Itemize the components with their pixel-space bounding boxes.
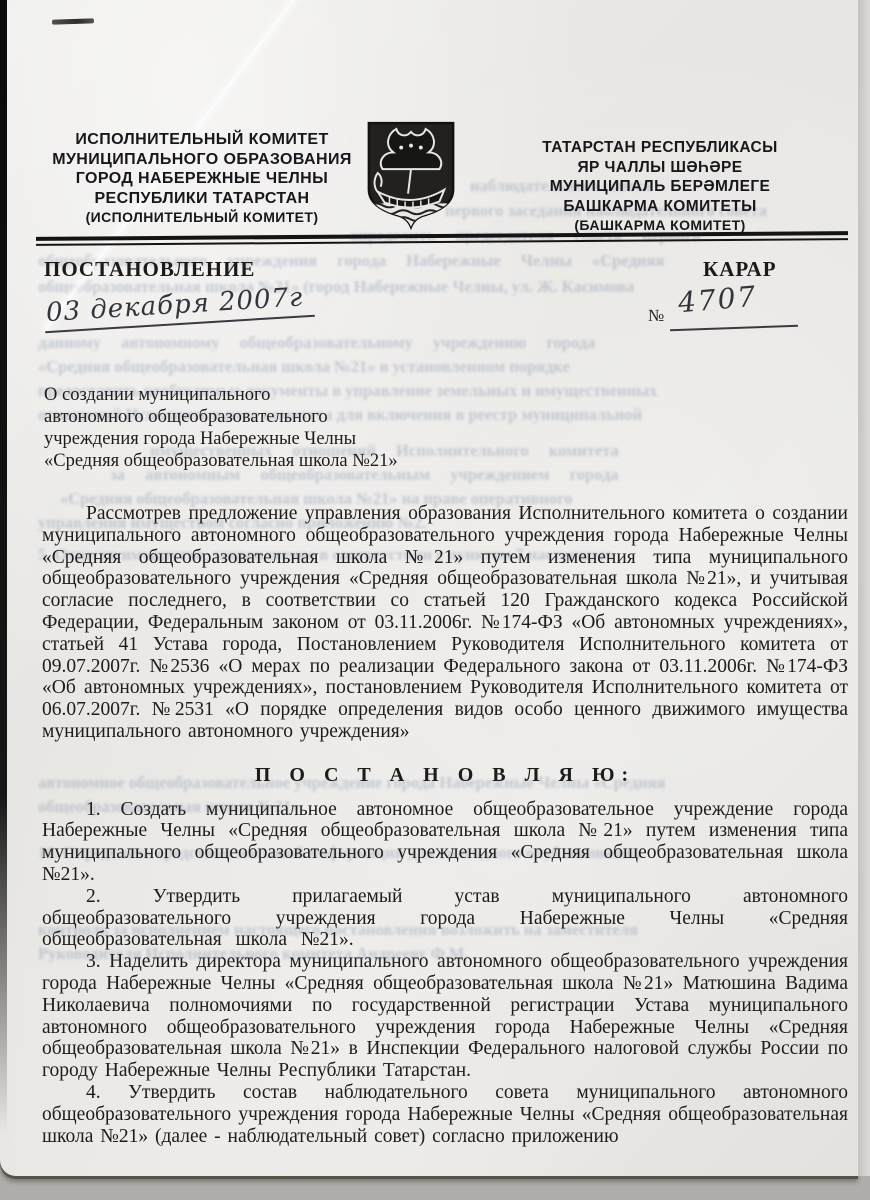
title-line: «Средняя общеобразовательная школа №21» — [44, 450, 514, 472]
issuer-line: МУНИЦИПАЛЬНОГО ОБРАЗОВАНИЯ — [44, 150, 360, 170]
doc-type-russian: ПОСТАНОВЛЕНИЕ — [44, 257, 255, 282]
document-title: О создании муниципального автономного об… — [44, 384, 514, 472]
bleedthrough-text-line: «Средняя общеобразовательная школа №21» … — [38, 357, 843, 377]
document-body: Рассмотрев предложение управления образо… — [42, 503, 848, 1147]
issuer-line: БАШКАРМА КОМИТЕТЫ — [498, 197, 822, 217]
issuer-line: ГОРОД НАБЕРЕЖНЫЕ ЧЕЛНЫ — [44, 169, 360, 189]
handwritten-number: 4707 — [677, 280, 759, 320]
tulip-dot — [399, 146, 403, 150]
coat-of-arms — [362, 118, 460, 230]
doc-type-tatar: КАРАР — [703, 257, 777, 282]
staple-mark — [52, 18, 94, 24]
resolution-item-4: 4. Утвердить состав наблюдательного сове… — [42, 1082, 848, 1147]
bleedthrough-text-line: данному автономному общеобразовательному… — [38, 333, 843, 353]
issuer-line: РЕСПУБЛИКИ ТАТАРСТАН — [44, 189, 360, 209]
number-sign: № — [648, 306, 664, 326]
issuer-line: ИСПОЛНИТЕЛЬНЫЙ КОМИТЕТ — [44, 130, 360, 150]
issuer-name-russian: ИСПОЛНИТЕЛЬНЫЙ КОМИТЕТ МУНИЦИПАЛЬНОГО ОБ… — [44, 130, 360, 228]
issuer-line: МУНИЦИПАЛЬ БЕРӘМЛЕГЕ — [498, 177, 822, 197]
resolution-item-3: 3. Наделить директора муниципального авт… — [42, 951, 848, 1082]
title-line: автономного общеобразовательного — [44, 406, 514, 428]
issuer-line: ЯР ЧАЛЛЫ ШӘҺӘРЕ — [498, 158, 822, 178]
resolve-heading: П О С Т А Н О В Л Я Ю: — [42, 765, 848, 787]
title-line: учреждения города Набережные Челны — [44, 428, 514, 450]
resolution-item-2: 2. Утвердить прилагаемый устав муниципал… — [42, 886, 848, 951]
number-underline — [670, 325, 798, 331]
scan-edge-shadow — [0, 0, 7, 1135]
preamble-paragraph: Рассмотрев предложение управления образо… — [42, 503, 848, 743]
tulip-sail — [381, 129, 441, 169]
issuer-name-tatar: ТАТАРСТАН РЕСПУБЛИКАСЫ ЯР ЧАЛЛЫ ШӘҺӘРЕ М… — [498, 138, 822, 236]
tulip-dot — [409, 144, 413, 148]
resolution-item-1: 1. Создать муниципальное автономное обще… — [42, 799, 848, 886]
issuer-line: (ИСПОЛНИТЕЛЬНЫЙ КОМИТЕТ) — [44, 208, 360, 228]
document-page: наблюдательного совета первого заседания… — [0, 0, 858, 1176]
scanner-margin — [858, 0, 870, 1176]
title-line: О создании муниципального — [44, 384, 514, 406]
issuer-line: ТАТАРСТАН РЕСПУБЛИКАСЫ — [498, 138, 822, 158]
tulip-dot — [419, 146, 423, 150]
